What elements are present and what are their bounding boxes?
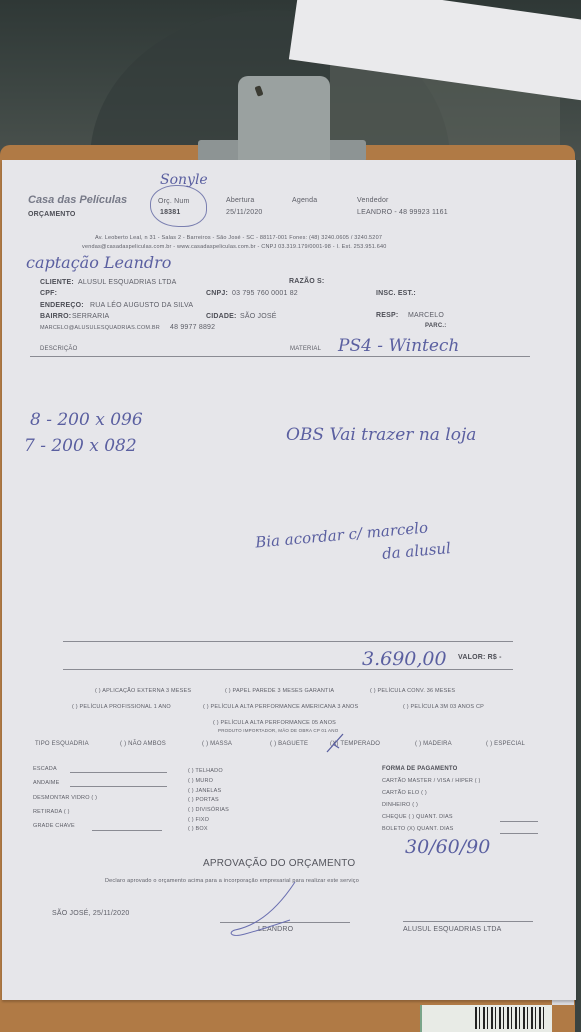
glass-type-option: ( ) NÃO AMBOS (120, 741, 166, 747)
service-field: ESCADA (33, 766, 57, 772)
measure-1: 8 - 200 x 096 (30, 410, 143, 430)
check-mark-icon (325, 732, 345, 754)
resp-value: MARCELO (408, 312, 444, 319)
location-option: ( ) MURO (188, 778, 213, 784)
signature-line (403, 921, 533, 922)
vendedor-label: Vendedor (357, 197, 389, 204)
payment-terms: 30/60/90 (405, 836, 490, 858)
glass-type-option: ( ) MASSA (202, 741, 232, 747)
field-line (70, 786, 167, 787)
address-line: Av. Leoberto Leal, n 31 - Salas 2 - Barr… (95, 235, 382, 241)
field-line (92, 830, 162, 831)
glass-type-option: ( ) MADEIRA (415, 741, 452, 747)
payment-option: DINHEIRO ( ) (382, 802, 418, 808)
approval-title: APROVAÇÃO DO ORÇAMENTO (203, 858, 355, 869)
payment-option: CARTÃO ELO ( ) (382, 790, 427, 796)
material-value: PS4 - Wintech (338, 336, 459, 356)
handwritten-capture: captação Leandro (26, 253, 171, 272)
service-field: DESMONTAR VIDRO ( ) (33, 795, 97, 801)
cnpj-label: CNPJ: (206, 290, 228, 297)
cpf-label: CPF: (40, 290, 57, 297)
bairro-value: SERRARIA (72, 313, 109, 320)
location-option: ( ) PORTAS (188, 797, 219, 803)
bairro-label: BAIRRO: (40, 313, 71, 320)
divider (30, 356, 530, 357)
warranty-option: ( ) PELÍCULA CONV. 36 MESES (370, 688, 455, 694)
barcode (475, 1007, 547, 1029)
service-field: ANDAIME (33, 780, 59, 786)
payment-option: CHEQUE ( ) QUANT. DIAS (382, 814, 453, 820)
location-option: ( ) TELHADO (188, 768, 223, 774)
vendedor-value: LEANDRO - 48 99923 1161 (357, 209, 448, 216)
razao-label: RAZÃO S: (289, 278, 324, 285)
payment-option: BOLETO (X) QUANT. DIAS (382, 826, 454, 832)
warranty-option: ( ) PELÍCULA PROFISSIONAL 1 ANO (72, 704, 171, 710)
glass-type-option: ( ) BAGUETE (270, 741, 308, 747)
field-line (70, 772, 167, 773)
clipboard-clip (238, 76, 330, 166)
cliente-label: CLIENTE: (40, 279, 74, 286)
warranty-option: ( ) PELÍCULA 3M 03 ANOS CP (403, 704, 484, 710)
warranty-option: ( ) APLICAÇÃO EXTERNA 3 MESES (95, 688, 191, 694)
cliente-value: ALUSUL ESQUADRIAS LTDA (78, 279, 177, 286)
service-field: GRADE CHAVE (33, 823, 75, 829)
warranty-option: ( ) PELÍCULA ALTA PERFORMANCE AMERICANA … (203, 704, 358, 710)
cidade-label: CIDADE: (206, 313, 237, 320)
doc-type: ORÇAMENTO (28, 211, 76, 218)
measure-2: 7 - 200 x 082 (24, 436, 137, 456)
warranty-note: PRODUTO IMPORTADOR, MÃO DE OBRA CP 01 AN… (218, 728, 338, 733)
orc-num: 18381 (160, 209, 180, 216)
service-field: RETIRADA ( ) (33, 809, 70, 815)
insc-label: INSC. EST.: (376, 290, 416, 297)
endereco-label: ENDEREÇO: (40, 302, 84, 309)
handwritten-name: Sonyle (160, 172, 208, 188)
agenda-label: Agenda (292, 197, 317, 204)
parc-label: PARC.: (425, 323, 446, 329)
signer-2: ALUSUL ESQUADRIAS LTDA (403, 926, 502, 933)
endereco-value: RUA LÉO AUGUSTO DA SILVA (90, 302, 193, 309)
location-option: ( ) JANELAS (188, 788, 221, 794)
place-date: SÃO JOSÉ, 25/11/2020 (52, 910, 129, 917)
contact-line: vendas@casadaspeliculas.com.br - www.cas… (82, 244, 386, 250)
glass-type-option: ( ) ESPECIAL (486, 741, 525, 747)
descricao-label: DESCRIÇÃO (40, 346, 77, 352)
field-line (500, 833, 538, 834)
abertura-date: 25/11/2020 (226, 209, 263, 216)
company-logo: Casa das Películas (28, 194, 127, 206)
resp-label: RESP: (376, 312, 398, 319)
handwritten-cloud (150, 185, 207, 227)
abertura-label: Abertura (226, 197, 254, 204)
signature-icon (230, 880, 300, 940)
field-line (500, 821, 538, 822)
total-value: 3.690,00 (362, 648, 447, 670)
total-line-top (63, 641, 513, 642)
payment-title: FORMA DE PAGAMENTO (382, 766, 458, 772)
warranty-option: ( ) PELÍCULA ALTA PERFORMANCE 05 ANOS (213, 720, 336, 726)
glass-type-label: TIPO ESQUADRIA (35, 741, 89, 747)
total-label: VALOR: R$ - (458, 654, 502, 661)
orc-num-label: Orç. Num (158, 198, 190, 205)
cnpj-value: 03 795 760 0001 82 (232, 290, 298, 297)
cidade-value: SÃO JOSÉ (240, 313, 277, 320)
location-option: ( ) BOX (188, 826, 208, 832)
quote-sheet (2, 160, 576, 1000)
email-value: MARCELO@ALUSULESQUADRIAS.COM.BR (40, 325, 160, 331)
material-label: MATERIAL (290, 346, 321, 352)
location-option: ( ) FIXO (188, 817, 209, 823)
phone-value: 48 9977 8892 (170, 324, 215, 331)
location-option: ( ) DIVISÓRIAS (188, 807, 229, 813)
obs-note: OBS Vai trazer na loja (286, 425, 476, 445)
warranty-option: ( ) PAPEL PAREDE 3 MESES GARANTIA (225, 688, 334, 694)
payment-option: CARTÃO MASTER / VISA / HIPER ( ) (382, 778, 481, 784)
